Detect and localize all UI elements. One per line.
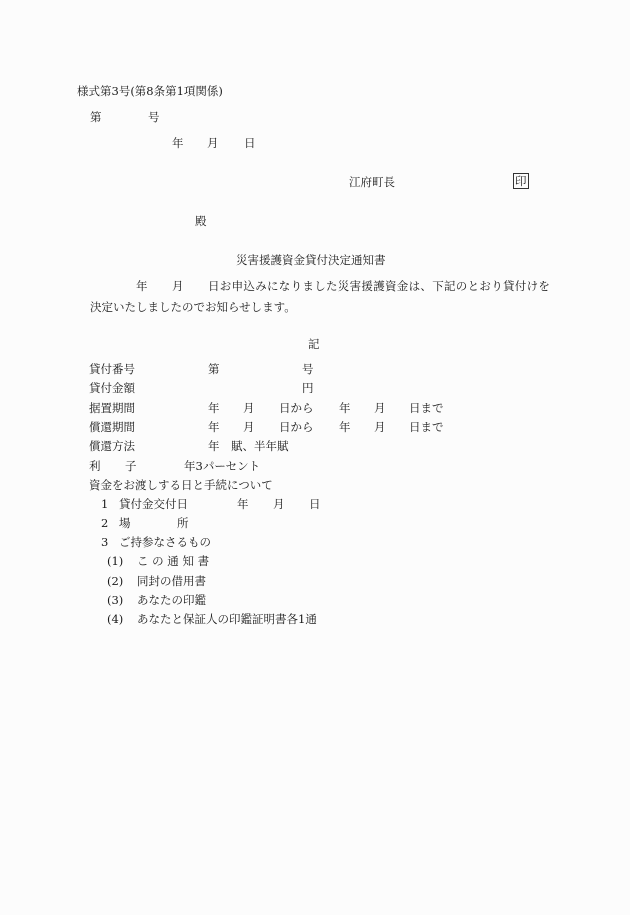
repayment-period-label: 償還期間 xyxy=(89,420,135,434)
repayment-method-label: 償還方法 xyxy=(89,439,135,453)
deferment-start-day: 日から xyxy=(279,401,314,415)
sender-name: 江府町長 xyxy=(349,175,395,189)
interest-label-a: 利 xyxy=(89,459,101,473)
body-line2: 決定いたしましたのでお知らせします。 xyxy=(90,300,296,314)
bring-item-1-text: こ の 通 知 書 xyxy=(137,554,209,568)
repayment-end-year: 年 xyxy=(339,420,351,434)
document-title: 災害援護資金貸付決定通知書 xyxy=(236,253,386,267)
bring-item-3-text: あなたの印鑑 xyxy=(137,593,206,607)
repayment-end-month: 月 xyxy=(374,420,386,434)
procedure-item-1-year: 年 xyxy=(237,497,249,511)
procedure-item-2-label-a: 場 xyxy=(119,516,131,530)
procedure-heading: 資金をお渡しする日と手続について xyxy=(89,478,273,492)
bring-item-2-num: (2) xyxy=(107,574,123,588)
body-year: 年 xyxy=(136,279,148,293)
procedure-item-1-day: 日 xyxy=(309,497,321,511)
seal-stamp-icon: 印 xyxy=(513,173,529,189)
procedure-item-2-label-b: 所 xyxy=(177,516,189,530)
procedure-item-1-month: 月 xyxy=(273,497,285,511)
procedure-item-2-num: 2 xyxy=(101,516,108,530)
loan-number-label: 貸付番号 xyxy=(89,362,135,376)
repayment-start-year: 年 xyxy=(208,420,220,434)
form-label: 様式第3号(第8条第1項関係) xyxy=(77,84,223,98)
deferment-end-month: 月 xyxy=(374,401,386,415)
bring-item-2-text: 同封の借用書 xyxy=(137,574,206,588)
loan-number-suffix: 号 xyxy=(302,362,314,376)
bring-item-4-text: あなたと保証人の印鑑証明書各1通 xyxy=(137,612,317,626)
deferment-start-month: 月 xyxy=(243,401,255,415)
deferment-start-year: 年 xyxy=(208,401,220,415)
date-year: 年 xyxy=(172,136,184,150)
doc-number-prefix: 第 xyxy=(90,110,102,124)
procedure-item-3-num: 3 xyxy=(101,535,108,549)
bring-item-4-num: (4) xyxy=(107,612,123,626)
deferment-end-year: 年 xyxy=(339,401,351,415)
recipient-honorific: 殿 xyxy=(195,214,207,228)
deferment-end-day: 日まで xyxy=(409,401,444,415)
body-month: 月 xyxy=(172,279,184,293)
procedure-item-3-label: ご持参なさるもの xyxy=(119,535,211,549)
bring-item-3-num: (3) xyxy=(107,593,123,607)
loan-number-prefix: 第 xyxy=(208,362,220,376)
repayment-method-value: 年 賦、半年賦 xyxy=(208,439,289,453)
procedure-item-1-label: 貸付金交付日 xyxy=(119,497,188,511)
body-line1: 日お申込みになりました災害援護資金は、下記のとおり貸付けを xyxy=(208,279,550,293)
repayment-start-month: 月 xyxy=(243,420,255,434)
deferment-label: 据置期間 xyxy=(89,401,135,415)
repayment-end-day: 日まで xyxy=(409,420,444,434)
loan-amount-label: 貸付金額 xyxy=(89,381,135,395)
date-month: 月 xyxy=(207,136,219,150)
doc-number-suffix: 号 xyxy=(148,110,160,124)
loan-amount-unit: 円 xyxy=(302,381,314,395)
interest-label-b: 子 xyxy=(125,459,137,473)
interest-value: 年3パーセント xyxy=(184,459,260,473)
date-day: 日 xyxy=(244,136,256,150)
ki-marker: 記 xyxy=(308,337,320,351)
repayment-start-day: 日から xyxy=(279,420,314,434)
procedure-item-1-num: 1 xyxy=(101,497,108,511)
bring-item-1-num: (1) xyxy=(107,554,123,568)
